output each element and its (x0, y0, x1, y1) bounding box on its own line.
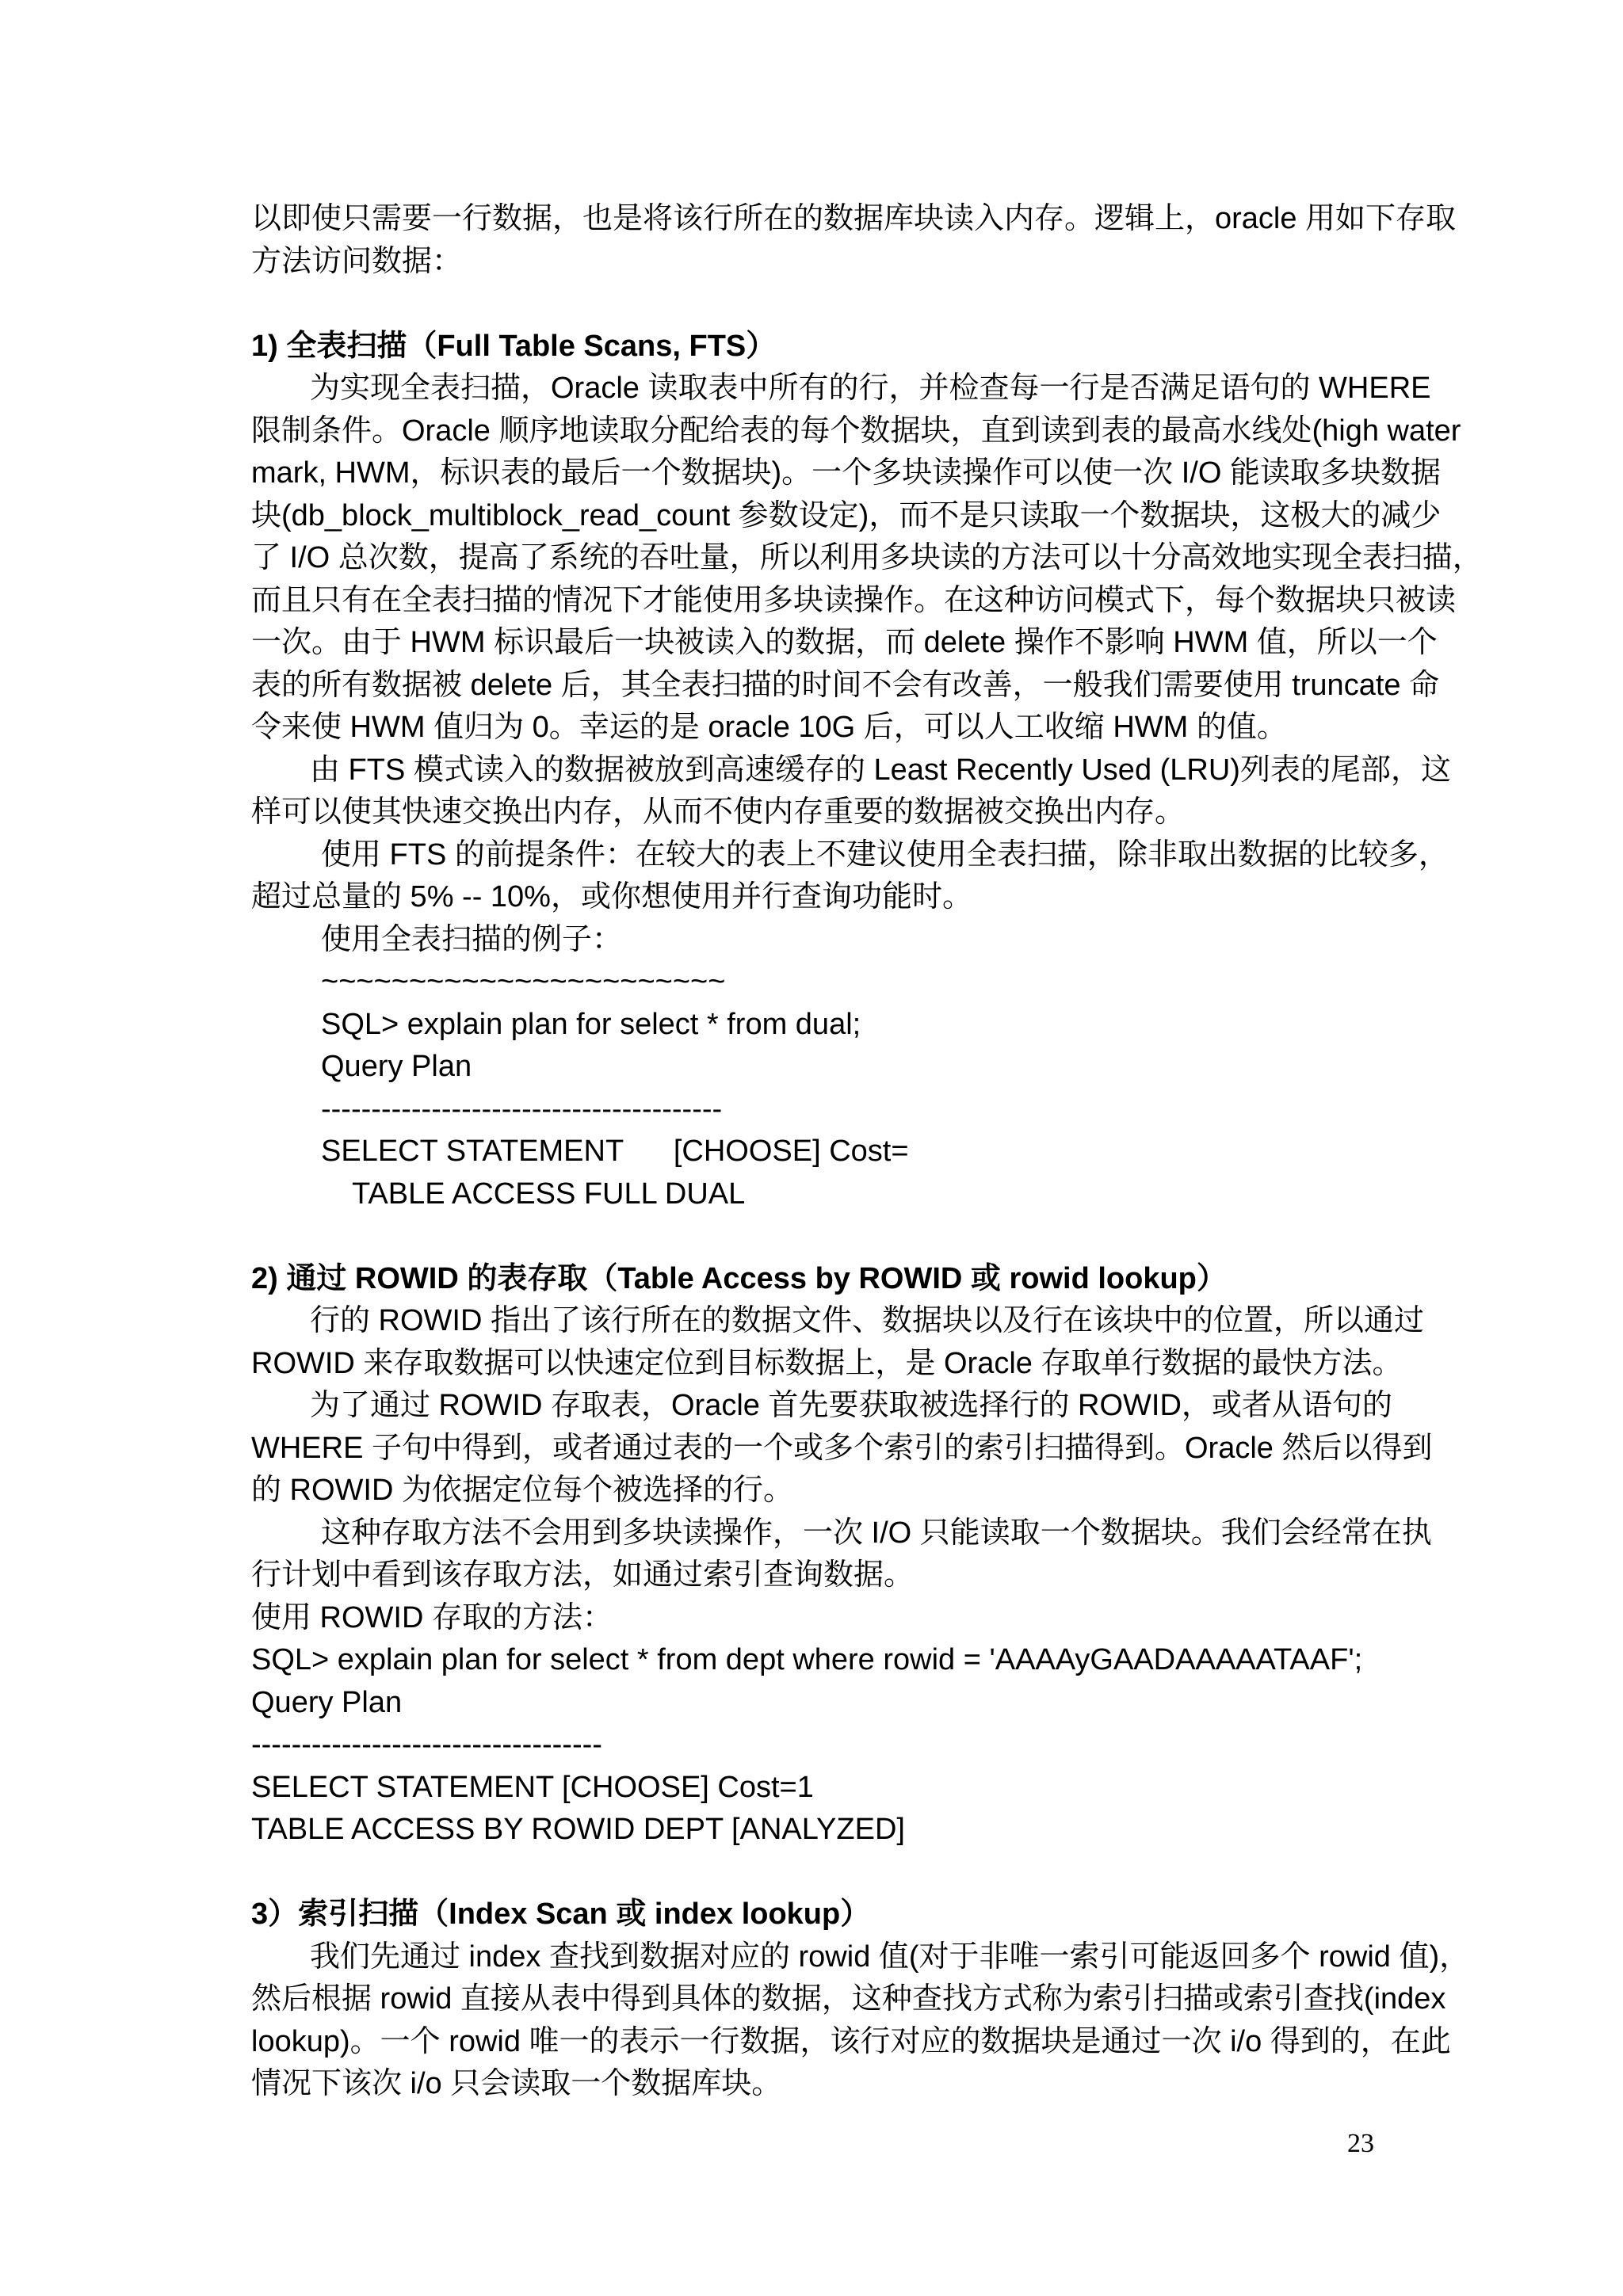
code-line: SELECT STATEMENT [CHOOSE] Cost= (251, 1131, 1408, 1173)
text-line: 使用 ROWID 存取的方法： (251, 1597, 1408, 1640)
code-line: TABLE ACCESS BY ROWID DEPT [ANALYZED] (251, 1809, 1408, 1852)
code-line: Query Plan (251, 1682, 1408, 1725)
text-line: ROWID 来存取数据可以快速定位到目标数据上，是 Oracle 存取单行数据的… (251, 1343, 1408, 1386)
document-body: 以即使只需要一行数据，也是将该行所在的数据库块读入内存。逻辑上，oracle 用… (251, 198, 1408, 2106)
section-heading: 1) 全表扫描（Full Table Scans, FTS） (251, 326, 1408, 368)
text-line: 然后根据 rowid 直接从表中得到具体的数据，这种查找方式称为索引扫描或索引查… (251, 1978, 1408, 2021)
text-line: 我们先通过 index 查找到数据对应的 rowid 值(对于非唯一索引可能返回… (251, 1936, 1408, 1979)
code-line: Query Plan (251, 1046, 1408, 1089)
text-line: 一次。由于 HWM 标识最后一块被读入的数据，而 delete 操作不影响 HW… (251, 622, 1408, 665)
section-heading: 3）索引扫描（Index Scan 或 index lookup） (251, 1894, 1408, 1936)
text-line: 样可以使其快速交换出内存，从而不使内存重要的数据被交换出内存。 (251, 791, 1408, 834)
blank-line (251, 1852, 1408, 1894)
text-line: 以即使只需要一行数据，也是将该行所在的数据库块读入内存。逻辑上，oracle 用… (251, 198, 1408, 241)
section-heading: 2) 通过 ROWID 的表存取（Table Access by ROWID 或… (251, 1258, 1408, 1301)
text-line: 使用全表扫描的例子： (251, 919, 1408, 962)
text-line: 为了通过 ROWID 存取表，Oracle 首先要获取被选择行的 ROWID，或… (251, 1385, 1408, 1428)
text-line: 为实现全表扫描，Oracle 读取表中所有的行，并检查每一行是否满足语句的 WH… (251, 368, 1408, 410)
text-line: 限制条件。Oracle 顺序地读取分配给表的每个数据块，直到读到表的最高水线处(… (251, 410, 1408, 453)
text-line: 令来使 HWM 值归为 0。幸运的是 oracle 10G 后，可以人工收缩 H… (251, 707, 1408, 749)
separator-line: ~~~~~~~~~~~~~~~~~~~~~~~ (251, 961, 1408, 1004)
code-line: SQL> explain plan for select * from dept… (251, 1639, 1408, 1682)
text-line: 超过总量的 5% -- 10%，或你想使用并行查询功能时。 (251, 876, 1408, 919)
text-line: 情况下该次 i/o 只会读取一个数据库块。 (251, 2063, 1408, 2106)
text-line: 使用 FTS 的前提条件：在较大的表上不建议使用全表扫描，除非取出数据的比较多， (251, 834, 1408, 877)
text-line: 由 FTS 模式读入的数据被放到高速缓存的 Least Recently Use… (251, 749, 1408, 792)
text-line: 了 I/O 总次数，提高了系统的吞吐量，所以利用多块读的方法可以十分高效地实现全… (251, 537, 1408, 580)
document-page: 以即使只需要一行数据，也是将该行所在的数据库块读入内存。逻辑上，oracle 用… (0, 0, 1623, 2296)
page-number: 23 (1347, 2128, 1374, 2160)
blank-line (251, 1215, 1408, 1258)
text-line: 表的所有数据被 delete 后，其全表扫描的时间不会有改善，一般我们需要使用 … (251, 665, 1408, 707)
code-line: SQL> explain plan for select * from dual… (251, 1004, 1408, 1047)
text-line: 而且只有在全表扫描的情况下才能使用多块读操作。在这种访问模式下，每个数据块只被读 (251, 580, 1408, 623)
blank-line (251, 283, 1408, 326)
separator-line: ---------------------------------------- (251, 1089, 1408, 1131)
text-line: 块(db_block_multiblock_read_count 参数设定)，而… (251, 495, 1408, 538)
code-line: SELECT STATEMENT [CHOOSE] Cost=1 (251, 1767, 1408, 1810)
code-line: TABLE ACCESS FULL DUAL (251, 1173, 1408, 1216)
text-line: mark, HWM，标识表的最后一个数据块)。一个多块读操作可以使一次 I/O … (251, 452, 1408, 495)
text-line: 行的 ROWID 指出了该行所在的数据文件、数据块以及行在该块中的位置，所以通过 (251, 1300, 1408, 1343)
text-line: lookup)。一个 rowid 唯一的表示一行数据，该行对应的数据块是通过一次… (251, 2021, 1408, 2064)
text-line: 方法访问数据： (251, 241, 1408, 284)
text-line: 的 ROWID 为依据定位每个被选择的行。 (251, 1470, 1408, 1512)
text-line: 行计划中看到该存取方法，如通过索引查询数据。 (251, 1554, 1408, 1597)
text-line: WHERE 子句中得到，或者通过表的一个或多个索引的索引扫描得到。Oracle … (251, 1428, 1408, 1470)
text-line: 这种存取方法不会用到多块读操作，一次 I/O 只能读取一个数据块。我们会经常在执 (251, 1512, 1408, 1555)
separator-line: ----------------------------------- (251, 1724, 1408, 1767)
